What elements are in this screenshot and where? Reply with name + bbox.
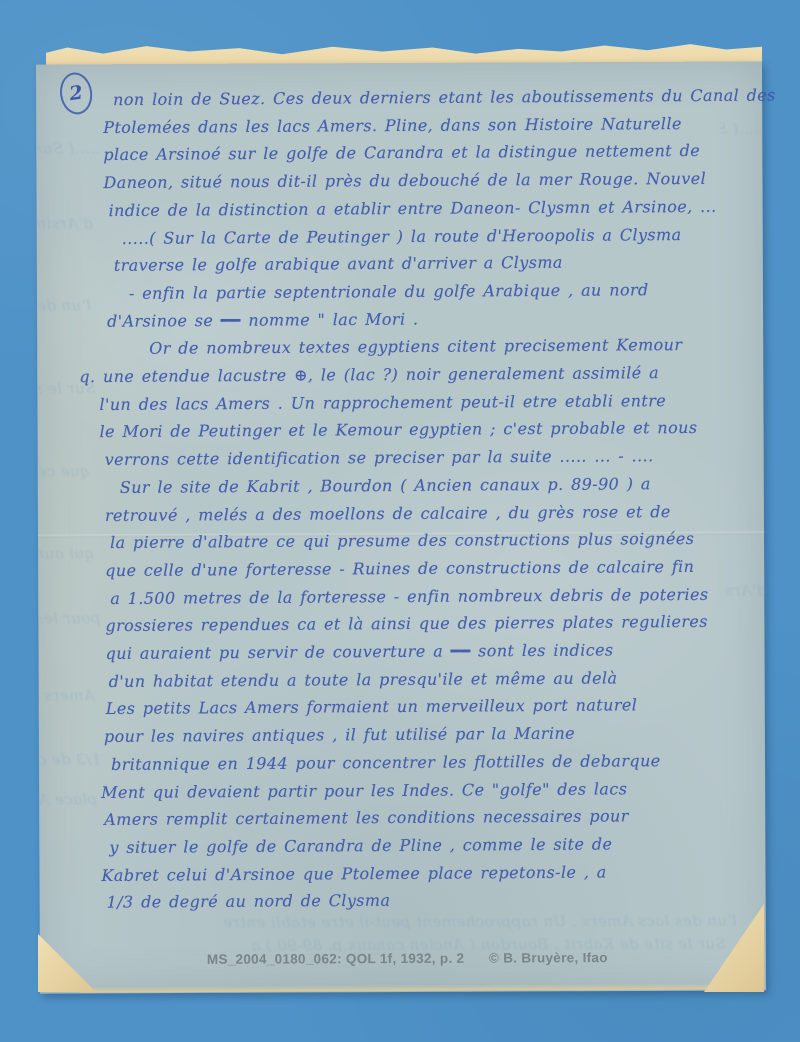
manuscript-line: traverse le golfe arabique avant d'arriv…	[114, 253, 563, 275]
manuscript-line: q. une etendue lacustre ⊕, le (lac ?) no…	[79, 363, 659, 386]
bleedthrough-fragment: 1/3 de degré au nord de Clysma	[41, 750, 101, 772]
manuscript-line: que celle d'une forteresse - Ruines de c…	[105, 557, 694, 580]
manuscript-line: y situer le golfe de Carandra de Pline ,…	[109, 834, 612, 857]
manuscript-line: la pierre d'albatre ce qui presume des c…	[110, 529, 694, 552]
manuscript-line: britannique en 1944 pour concentrer les …	[111, 751, 661, 774]
manuscript-line: verrons cette identification se preciser…	[105, 446, 654, 469]
manuscript-line: d'un habitat etendu a toute la presqu'il…	[109, 668, 618, 691]
manuscript-line: Les petits Lacs Amers formaient un merve…	[106, 696, 638, 719]
manuscript-line: d'Arsinoe se ━━ nomme " lac Mori .	[107, 309, 418, 330]
bleedthrough-fragment: place Arsinoé sur le golfe de Carandra e…	[39, 790, 97, 812]
archive-caption: MS_2004_0180_062: QOL 1f, 1932, p. 2 © B…	[40, 949, 766, 972]
bleedthrough-fragment: .....( Sur la Carte de Peutinger ) la ro…	[720, 119, 764, 141]
manuscript-line: Amers remplit certainement les condition…	[104, 807, 629, 830]
bleedthrough-fragment: d'Arsinoe se ━━ nomme " lac Mori .	[726, 581, 766, 603]
manuscript-line: .....( Sur la Carte de Peutinger ) la ro…	[122, 225, 682, 248]
manuscript-line: le Mori de Peutinger et le Kemour egypti…	[100, 418, 698, 441]
bleedthrough-fragment: pour les navires antiques , il fut utili…	[40, 609, 100, 631]
manuscript-line: l'un des lacs Amers . Un rapprochement p…	[99, 391, 666, 414]
manuscript-line: a 1.500 metres de la forteresse - enfin …	[110, 584, 708, 607]
page-number: 2	[68, 82, 84, 106]
manuscript-line: 1/3 de degré au nord de Clysma	[107, 891, 391, 912]
manuscript-line: pour les navires antiques , il fut utili…	[104, 724, 575, 746]
manuscript-line: Ptolemées dans les lacs Amers. Pline, da…	[103, 114, 682, 137]
manuscript-line: Sur le site de Kabrit , Bourdon ( Ancien…	[120, 474, 651, 497]
caption-reference: MS_2004_0180_062: QOL 1f, 1932, p. 2	[207, 951, 465, 967]
manuscript-line: Ment qui devaient partir pour les Indes.…	[101, 779, 627, 802]
manuscript-line: Kabret celui d'Arsinoe que Ptolemee plac…	[101, 862, 606, 885]
manuscript-line: Or de nombreux textes egyptiens citent p…	[149, 335, 682, 358]
scan-background: 2 .....( Sur la Carte de Peutinger ) la …	[0, 0, 800, 1042]
manuscript-page: 2 .....( Sur la Carte de Peutinger ) la …	[36, 61, 766, 993]
manuscript-line: grossieres rependues ca et là ainsi que …	[105, 612, 708, 635]
bleedthrough-fragment: que celle d'une forteresse - Ruines de c…	[40, 462, 90, 484]
bleedthrough-fragment: l'un des lacs Amers . Un rapprochement p…	[39, 296, 91, 318]
manuscript-line: - enfin la partie septentrionale du golf…	[129, 280, 649, 303]
manuscript-line: qui auraient pu servir de couverture a ━…	[105, 640, 613, 663]
caption-copyright: © B. Bruyère, Ifao	[489, 950, 608, 966]
bleedthrough-fragment: l'un des lacs Amers . Un rapprochement p…	[65, 912, 737, 937]
bleedthrough-fragment: d'Arsinoe se ━━ nomme " lac Mori .	[37, 214, 93, 236]
manuscript-line: Daneon, situé nous dit-il près du debouc…	[103, 169, 706, 192]
manuscript-line: retrouvé , melés a des moellons de calca…	[105, 502, 671, 525]
manuscript-line: non loin de Suez. Ces deux derniers etan…	[113, 85, 776, 109]
bleedthrough-fragment: .....( Sur la Carte de Peutinger ) la ro…	[38, 139, 100, 161]
page-number-circle: 2	[57, 70, 95, 116]
bleedthrough-fragment: Amers remplit certainement les condition…	[39, 686, 95, 708]
manuscript-line: place Arsinoé sur le golfe de Carandra e…	[103, 141, 700, 164]
manuscript-line: indice de la distinction a etablir entre…	[109, 197, 717, 220]
bleedthrough-fragment: qui auraient pu servir de couverture a ━…	[38, 544, 94, 566]
